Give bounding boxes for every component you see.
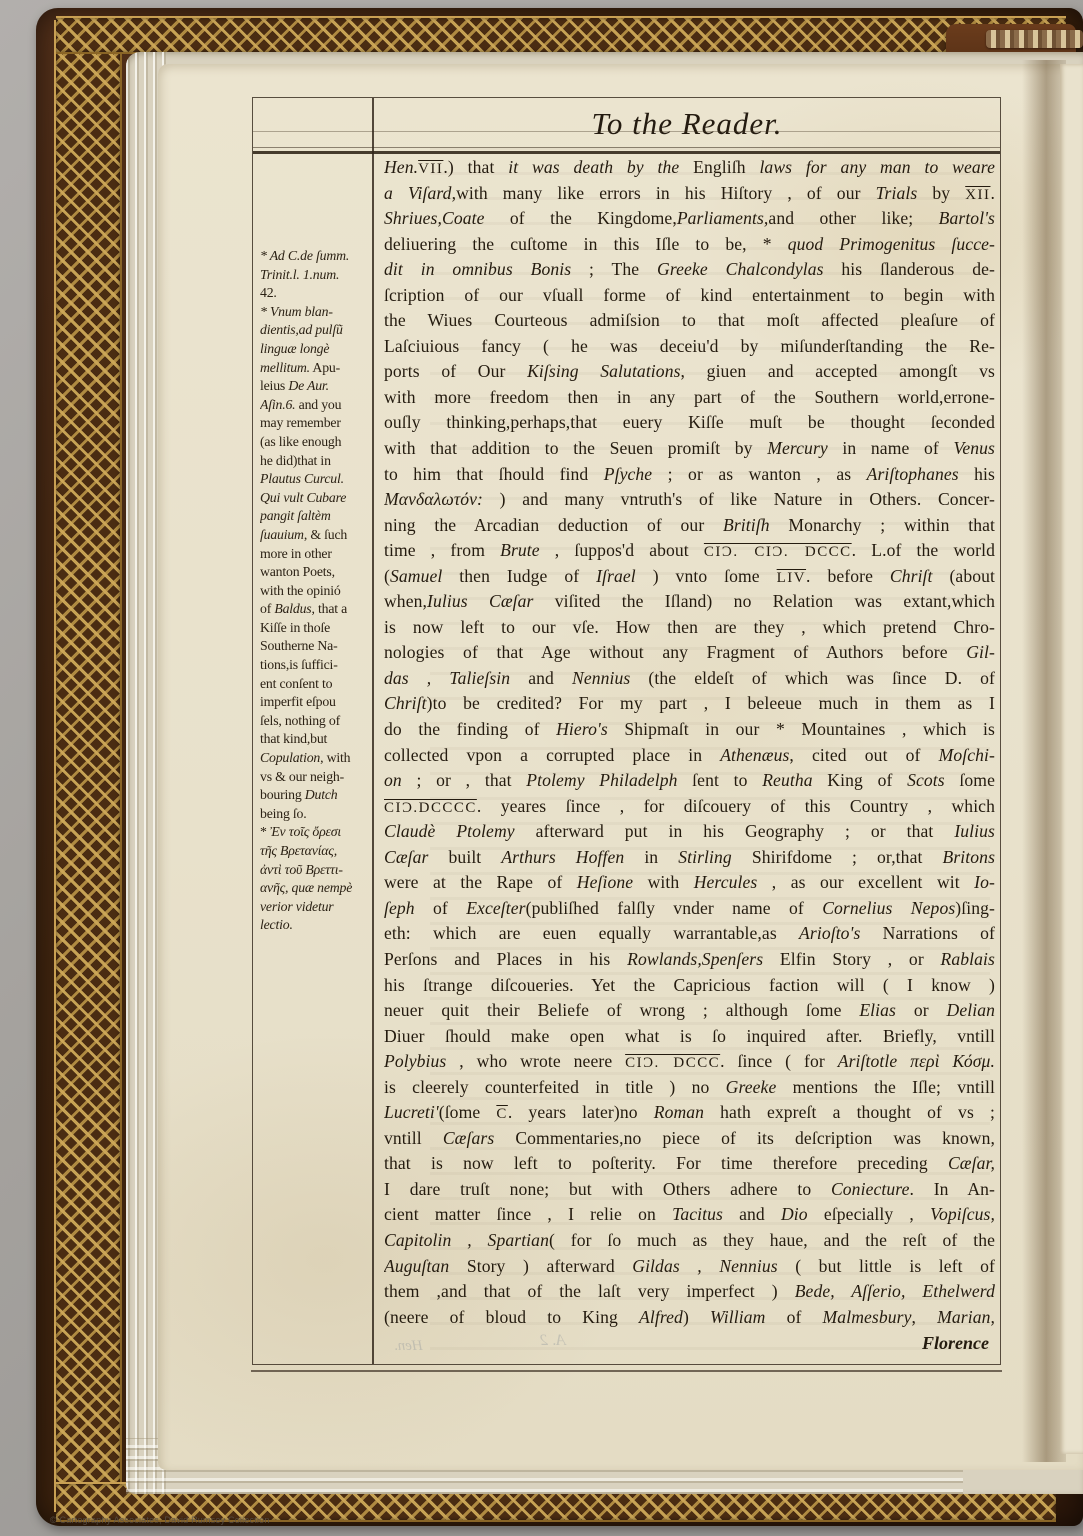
catchword-row: Florence — [384, 1331, 995, 1356]
gold-tooling-top — [56, 16, 1066, 54]
text-line: neuer quit their Beliefe of wrong ; alth… — [384, 998, 995, 1024]
text-line: a Viſard,with many like errors in his Hi… — [384, 181, 995, 207]
text-line: 42. — [260, 284, 370, 303]
text-line: lectio. — [260, 916, 370, 935]
body-text: Hen.VII.) that it was death by the Engli… — [384, 155, 995, 1330]
text-line: ent conſent to — [260, 675, 370, 694]
margin-notes: * Ad C.de ſumm.Trinit.l. 1.num.42.* Vnum… — [260, 247, 370, 935]
text-line: Auguſtan Story ) afterward Gildas , Nenn… — [384, 1254, 995, 1280]
text-line: Capitolin , Spartian( for ſo much as the… — [384, 1228, 995, 1254]
text-line: (as like enough — [260, 433, 370, 452]
text-line: imperfit eſpou — [260, 693, 370, 712]
text-line: is now left to our vſe. How then are the… — [384, 615, 995, 641]
text-line: to him that ſhould find Pſyche ; or as w… — [384, 462, 995, 488]
header-rule-thin — [253, 147, 1000, 148]
text-line: (Samuel then Iudge of Iſrael ) vnto ſome… — [384, 564, 995, 590]
collection-credit: © Cartography Associates, David Rumsey C… — [50, 1515, 270, 1525]
text-line: his ſtrange diſcoueries. Yet the Caprici… — [384, 973, 995, 999]
text-line: being ſo. — [260, 805, 370, 824]
text-line: wanton Poets, — [260, 563, 370, 582]
text-line: * Ad C.de ſumm. — [260, 247, 370, 266]
text-line: bouring Dutch — [260, 786, 370, 805]
text-line: Shriues,Coate of the Kingdome,Parliament… — [384, 206, 995, 232]
text-line: Qui vult Cubare — [260, 489, 370, 508]
text-line: the Wiues Courteous admiſsion to that mo… — [384, 308, 995, 334]
text-line: ports of Our Kiſsing Salutations, giuen … — [384, 359, 995, 385]
text-line: them ,and that of the laſt very imperfec… — [384, 1279, 995, 1305]
text-line: mellitum. Apu- — [260, 359, 370, 378]
ghost-signature: A. 2 — [540, 1332, 566, 1350]
text-line: Plautus Curcul. — [260, 470, 370, 489]
text-line: Perſons and Places in his Rowlands,Spenſ… — [384, 947, 995, 973]
opposite-page-sliver — [1060, 64, 1083, 1454]
text-line: Cæſar built Arthurs Hoffen in Stirling S… — [384, 845, 995, 871]
text-line: cient matter ſince , I relie on Tacitus … — [384, 1202, 995, 1228]
text-line: nologies of that Age without any Fragmen… — [384, 640, 995, 666]
text-line: he did)that in — [260, 452, 370, 471]
text-line: Hen.VII.) that it was death by the Engli… — [384, 155, 995, 181]
header-rule-faint — [253, 131, 1000, 132]
text-line: more in other — [260, 545, 370, 564]
text-line: pangit ſaltèm — [260, 507, 370, 526]
text-line: leius De Aur. — [260, 377, 370, 396]
text-line: vs & our neigh- — [260, 768, 370, 787]
text-line: dientis,ad pulſũ — [260, 321, 370, 340]
text-line: ſcription of our vſuall forme of kind en… — [384, 283, 995, 309]
catchword: Florence — [384, 1331, 995, 1356]
text-line: time , from Brute , ſuppos'd about CIƆ. … — [384, 538, 995, 564]
text-line: ning the Arcadian deduction of our Briti… — [384, 513, 995, 539]
text-line: Laſciuious fancy ( he was deceiu'd by mi… — [384, 334, 995, 360]
header-rule-heavy — [253, 151, 1000, 154]
text-line: eth: which are euen equally warrantable,… — [384, 921, 995, 947]
text-line: * Vnum blan- — [260, 303, 370, 322]
text-line: Kiſſe in thoſe — [260, 619, 370, 638]
text-line: Trinit.l. 1.num. — [260, 266, 370, 285]
text-line: Lucreti'(ſome C. years later)no Roman ha… — [384, 1100, 995, 1126]
book-photo: To the Reader. * Ad C.de ſumm.Trinit.l. … — [0, 0, 1083, 1536]
page-header: To the Reader. — [374, 99, 1000, 149]
text-line: * Ἐν τοῖς ὄρεσι — [260, 823, 370, 842]
text-line: deliuering the cuſtome in this Iſle to b… — [384, 232, 995, 258]
text-line: of Baldus, that a — [260, 600, 370, 619]
text-line: Southerne Na- — [260, 637, 370, 656]
text-line: that kind,but — [260, 730, 370, 749]
text-line: τῆς Βρετανίας, — [260, 842, 370, 861]
text-line: collected vpon a corrupted place in Athe… — [384, 743, 995, 769]
text-line: vntill Cæſars Commentaries,no piece of i… — [384, 1126, 995, 1152]
text-line: with the opinió — [260, 582, 370, 601]
ghost-word: Hen. — [394, 1338, 423, 1355]
text-line: that is now left to poſterity. For time … — [384, 1151, 995, 1177]
text-line: ſels, nothing of — [260, 712, 370, 731]
text-line: ανῆς, quæ nempè — [260, 879, 370, 898]
text-line: das , Talieſsin and Nennius (the eldeſt … — [384, 666, 995, 692]
column-divider-rule — [372, 98, 374, 1364]
text-line: Diuer ſhould make open what is ſo inquir… — [384, 1024, 995, 1050]
text-line: ἀντὶ τοῦ Βρεττι- — [260, 861, 370, 880]
headband — [986, 30, 1083, 48]
text-line: ſuauium, & ſuch — [260, 526, 370, 545]
text-block-frame: To the Reader. * Ad C.de ſumm.Trinit.l. … — [252, 97, 1001, 1365]
text-line: CIƆ.DCCCC. yeares ſince , for diſcouery … — [384, 794, 995, 820]
text-line: ouſly thinking,perhaps,that euery Kiſſe … — [384, 410, 995, 436]
text-line: Claudè Ptolemy afterward put in his Geog… — [384, 819, 995, 845]
text-line: tions,is ſuffici- — [260, 656, 370, 675]
text-line: Polybius , who wrote neere CIƆ. DCCC. ſi… — [384, 1049, 995, 1075]
text-line: do the finding of Hiero's Shipmaſt in ou… — [384, 717, 995, 743]
text-line: I dare truſt none; but with Others adher… — [384, 1177, 995, 1203]
text-line: were at the Rape of Heſione with Hercule… — [384, 870, 995, 896]
text-line: with that addition to the Seuen promiſt … — [384, 436, 995, 462]
text-line: Μανδαλωτόν: ) and many vntruth's of like… — [384, 487, 995, 513]
text-line: verior videtur — [260, 898, 370, 917]
text-line: Copulation, with — [260, 749, 370, 768]
text-line: linguæ longè — [260, 340, 370, 359]
text-line: dit in omnibus Bonis ; The Greeke Chalco… — [384, 257, 995, 283]
text-line: may remember — [260, 414, 370, 433]
text-line: Chriſt)to be credited? For my part , I b… — [384, 691, 995, 717]
text-line: on ; or , that Ptolemy Philadelph ſent t… — [384, 768, 995, 794]
text-line: when,Iulius Cæſar viſited the Iſland) no… — [384, 589, 995, 615]
text-line: with more freedom then in any part of th… — [384, 385, 995, 411]
gold-tooling-left — [54, 20, 122, 1512]
text-line: is cleerely counterfeited in title ) no … — [384, 1075, 995, 1101]
text-line: ſeph of Exceſter(publiſhed falſly vnder … — [384, 896, 995, 922]
text-line: (neere of bloud to King Alfred) William … — [384, 1305, 995, 1331]
text-line: Aſin.6. and you — [260, 396, 370, 415]
